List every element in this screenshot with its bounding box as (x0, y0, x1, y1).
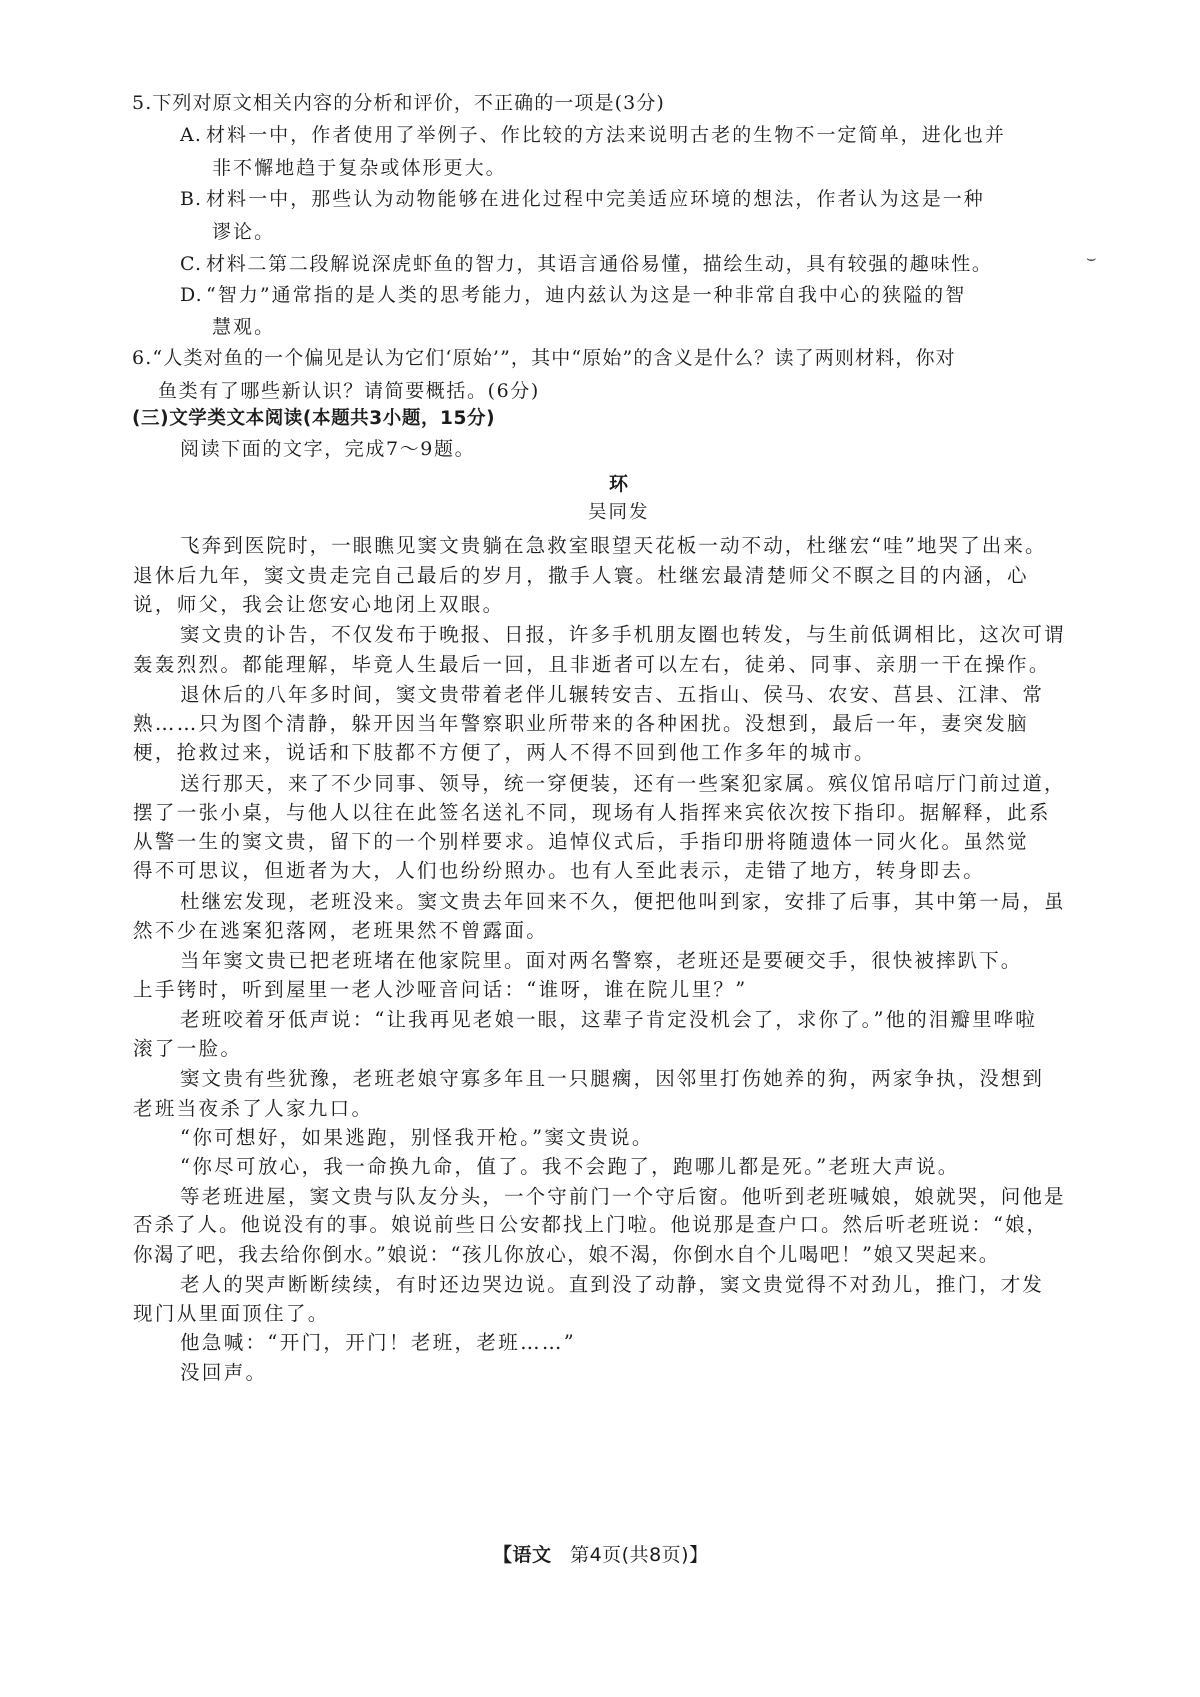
story-line: 窦文贵有些犹豫，老班老娘守寡多年且一只腿瘸，因邻里打伤她养的狗，两家争执，没想到 (180, 1066, 1044, 1092)
story-line: 老班当夜杀了人家九口。 (133, 1096, 373, 1122)
story-line: 当年窦文贵已把老班堵在他家院里。面对两名警察，老班还是要硬交手，很快被摔趴下。 (180, 948, 1022, 974)
story-line: 杜继宏发现，老班没来。窦文贵去年回来不久，便把他叫到家，安排了后事，其中第一局，… (180, 889, 1066, 915)
story-line: 窦文贵的讣告，不仅发布于晚报、日报，许多手机朋友圈也转发，与生前低调相比，这次可… (180, 622, 1066, 648)
section-heading: (三)文学类文本阅读(本题共3小题，15分) (132, 406, 495, 432)
story-line: 梗，抢救过来，说话和下肢都不方便了，两人不得不回到他工作多年的城市。 (133, 740, 876, 766)
story-line: 飞奔到医院时，一眼瞧见窦文贵躺在急救室眼望天花板一动不动，杜继宏“哇”地哭了出来… (180, 533, 1047, 559)
footer-subject: 【语文 (493, 1544, 552, 1566)
story-line: 退休后九年，窦文贵走完自己最后的岁月，撒手人寰。杜继宏最清楚师父不瞑之目的内涵，… (133, 563, 1029, 589)
option-b-label: B. (180, 186, 202, 212)
footer-page-number: 第4页(共8页)】 (570, 1544, 709, 1566)
story-line: 熟……只为图个清静，躲开因当年警察职业所带来的各种困扰。没想到，最后一年，妻突发… (133, 711, 1029, 737)
story-line: 说，师父，我会让您安心地闭上双眼。 (133, 592, 504, 618)
story-line: 老班咬着牙低声说：“让我再见老娘一眼，这辈子肯定没机会了，求你了。”他的泪瓣里哗… (180, 1007, 1037, 1033)
story-line: 否杀了人。他说没有的事。娘说前些日公安都找上门啦。他说那是查户口。然后听老班说：… (133, 1212, 1048, 1238)
story-author: 吴同发 (588, 500, 650, 526)
option-b-text-cont: 谬论。 (212, 219, 275, 245)
story-line: 他急喊：“开门，开门！老班，老班……” (180, 1330, 576, 1356)
story-line: 滚了一脸。 (133, 1036, 242, 1062)
option-c-label: C. (180, 251, 202, 277)
question-6-stem: 6.“人类对鱼的一个偏见是认为它们‘原始’”，其中“原始”的含义是什么？读了两则… (132, 345, 956, 371)
story-line: 然不少在逃案犯落网，老班果然不曾露面。 (133, 918, 548, 944)
story-line: 现门从里面顶住了。 (133, 1301, 330, 1327)
story-line: 退休后的八年多时间，窦文贵带着老伴儿辗转安吉、五指山、侯马、农安、莒县、江津、常 (180, 682, 1044, 708)
question-6-stem-cont: 鱼类有了哪些新认识？请简要概括。(6分) (158, 378, 540, 404)
option-d-text-cont: 慧观。 (212, 314, 275, 340)
story-line: 你渴了吧，我去给你倒水。”娘说：“孩儿你放心，娘不渴，你倒水自个儿喝吧！”娘又哭… (133, 1242, 1000, 1268)
story-line: “你可想好，如果逃跑，别怪我开枪。”窦文贵说。 (180, 1125, 654, 1151)
page-footer: 【语文 第4页(共8页)】 (493, 1542, 709, 1568)
story-line: “你尽可放心，我一命换九命，值了。我不会跑了，跑哪儿都是死。”老班大声说。 (180, 1154, 960, 1180)
option-a-text: 材料一中，作者使用了举例子、作比较的方法来说明古老的生物不一定简单，进化也并 (206, 122, 1006, 148)
story-line: 老人的哭声断断续续，有时还边哭边说。直到没了动静，窦文贵觉得不对劲儿，推门，才发 (180, 1272, 1044, 1298)
story-line: 从警一生的窦文贵，留下的一个别样要求。追悼仪式后，手指印册将随遗体一同火化。虽然… (133, 829, 1029, 855)
option-c-text: 材料二第二段解说深虎虾鱼的智力，其语言通俗易懂，描绘生动，具有较强的趣味性。 (206, 251, 993, 277)
story-line: 送行那天，来了不少同事、领导，统一穿便装，还有一些案犯家属。殡仪馆吊唁厅门前过道… (180, 771, 1066, 797)
option-a-text-cont: 非不懈地趋于复杂或体形更大。 (212, 155, 507, 181)
story-line: 等老班进屋，窦文贵与队友分头，一个守前门一个守后窗。他听到老班喊娘，娘就哭，问他… (180, 1184, 1066, 1210)
section-instruction: 阅读下面的文字，完成7～9题。 (180, 436, 475, 462)
story-line: 没回声。 (180, 1360, 267, 1386)
option-a-label: A. (180, 122, 202, 148)
story-line: 摆了一张小桌，与他人以往在此签名送礼不同，现场有人指挥来宾依次按下指印。据解释，… (133, 800, 1051, 826)
story-line: 上手铐时，听到屋里一老人沙哑音问话：“谁呀，谁在院儿里？” (133, 977, 748, 1003)
option-d-label: D. (180, 282, 203, 308)
exam-page: 5.下列对原文相关内容的分析和评价，不正确的一项是(3分) A. 材料一中，作者… (0, 0, 1200, 1697)
story-line: 轰轰烈烈。都能理解，毕竟人生最后一回，且非逝者可以左右，徒弟、同事、亲朋一干在操… (133, 652, 1051, 678)
story-line: 得不可思议，但逝者为大，人们也纷纷照办。也有人至此表示，走错了地方，转身即去。 (133, 858, 985, 884)
margin-mark: ⌣ (1086, 248, 1097, 268)
option-d-text: “智力”通常指的是人类的思考能力，迪内兹认为这是一种非常自我中心的狭隘的智 (206, 282, 966, 308)
option-b-text: 材料一中，那些认为动物能够在进化过程中完美适应环境的想法，作者认为这是一种 (206, 186, 985, 212)
story-title: 环 (609, 471, 629, 497)
question-5-stem: 5.下列对原文相关内容的分析和评价，不正确的一项是(3分) (132, 90, 665, 116)
